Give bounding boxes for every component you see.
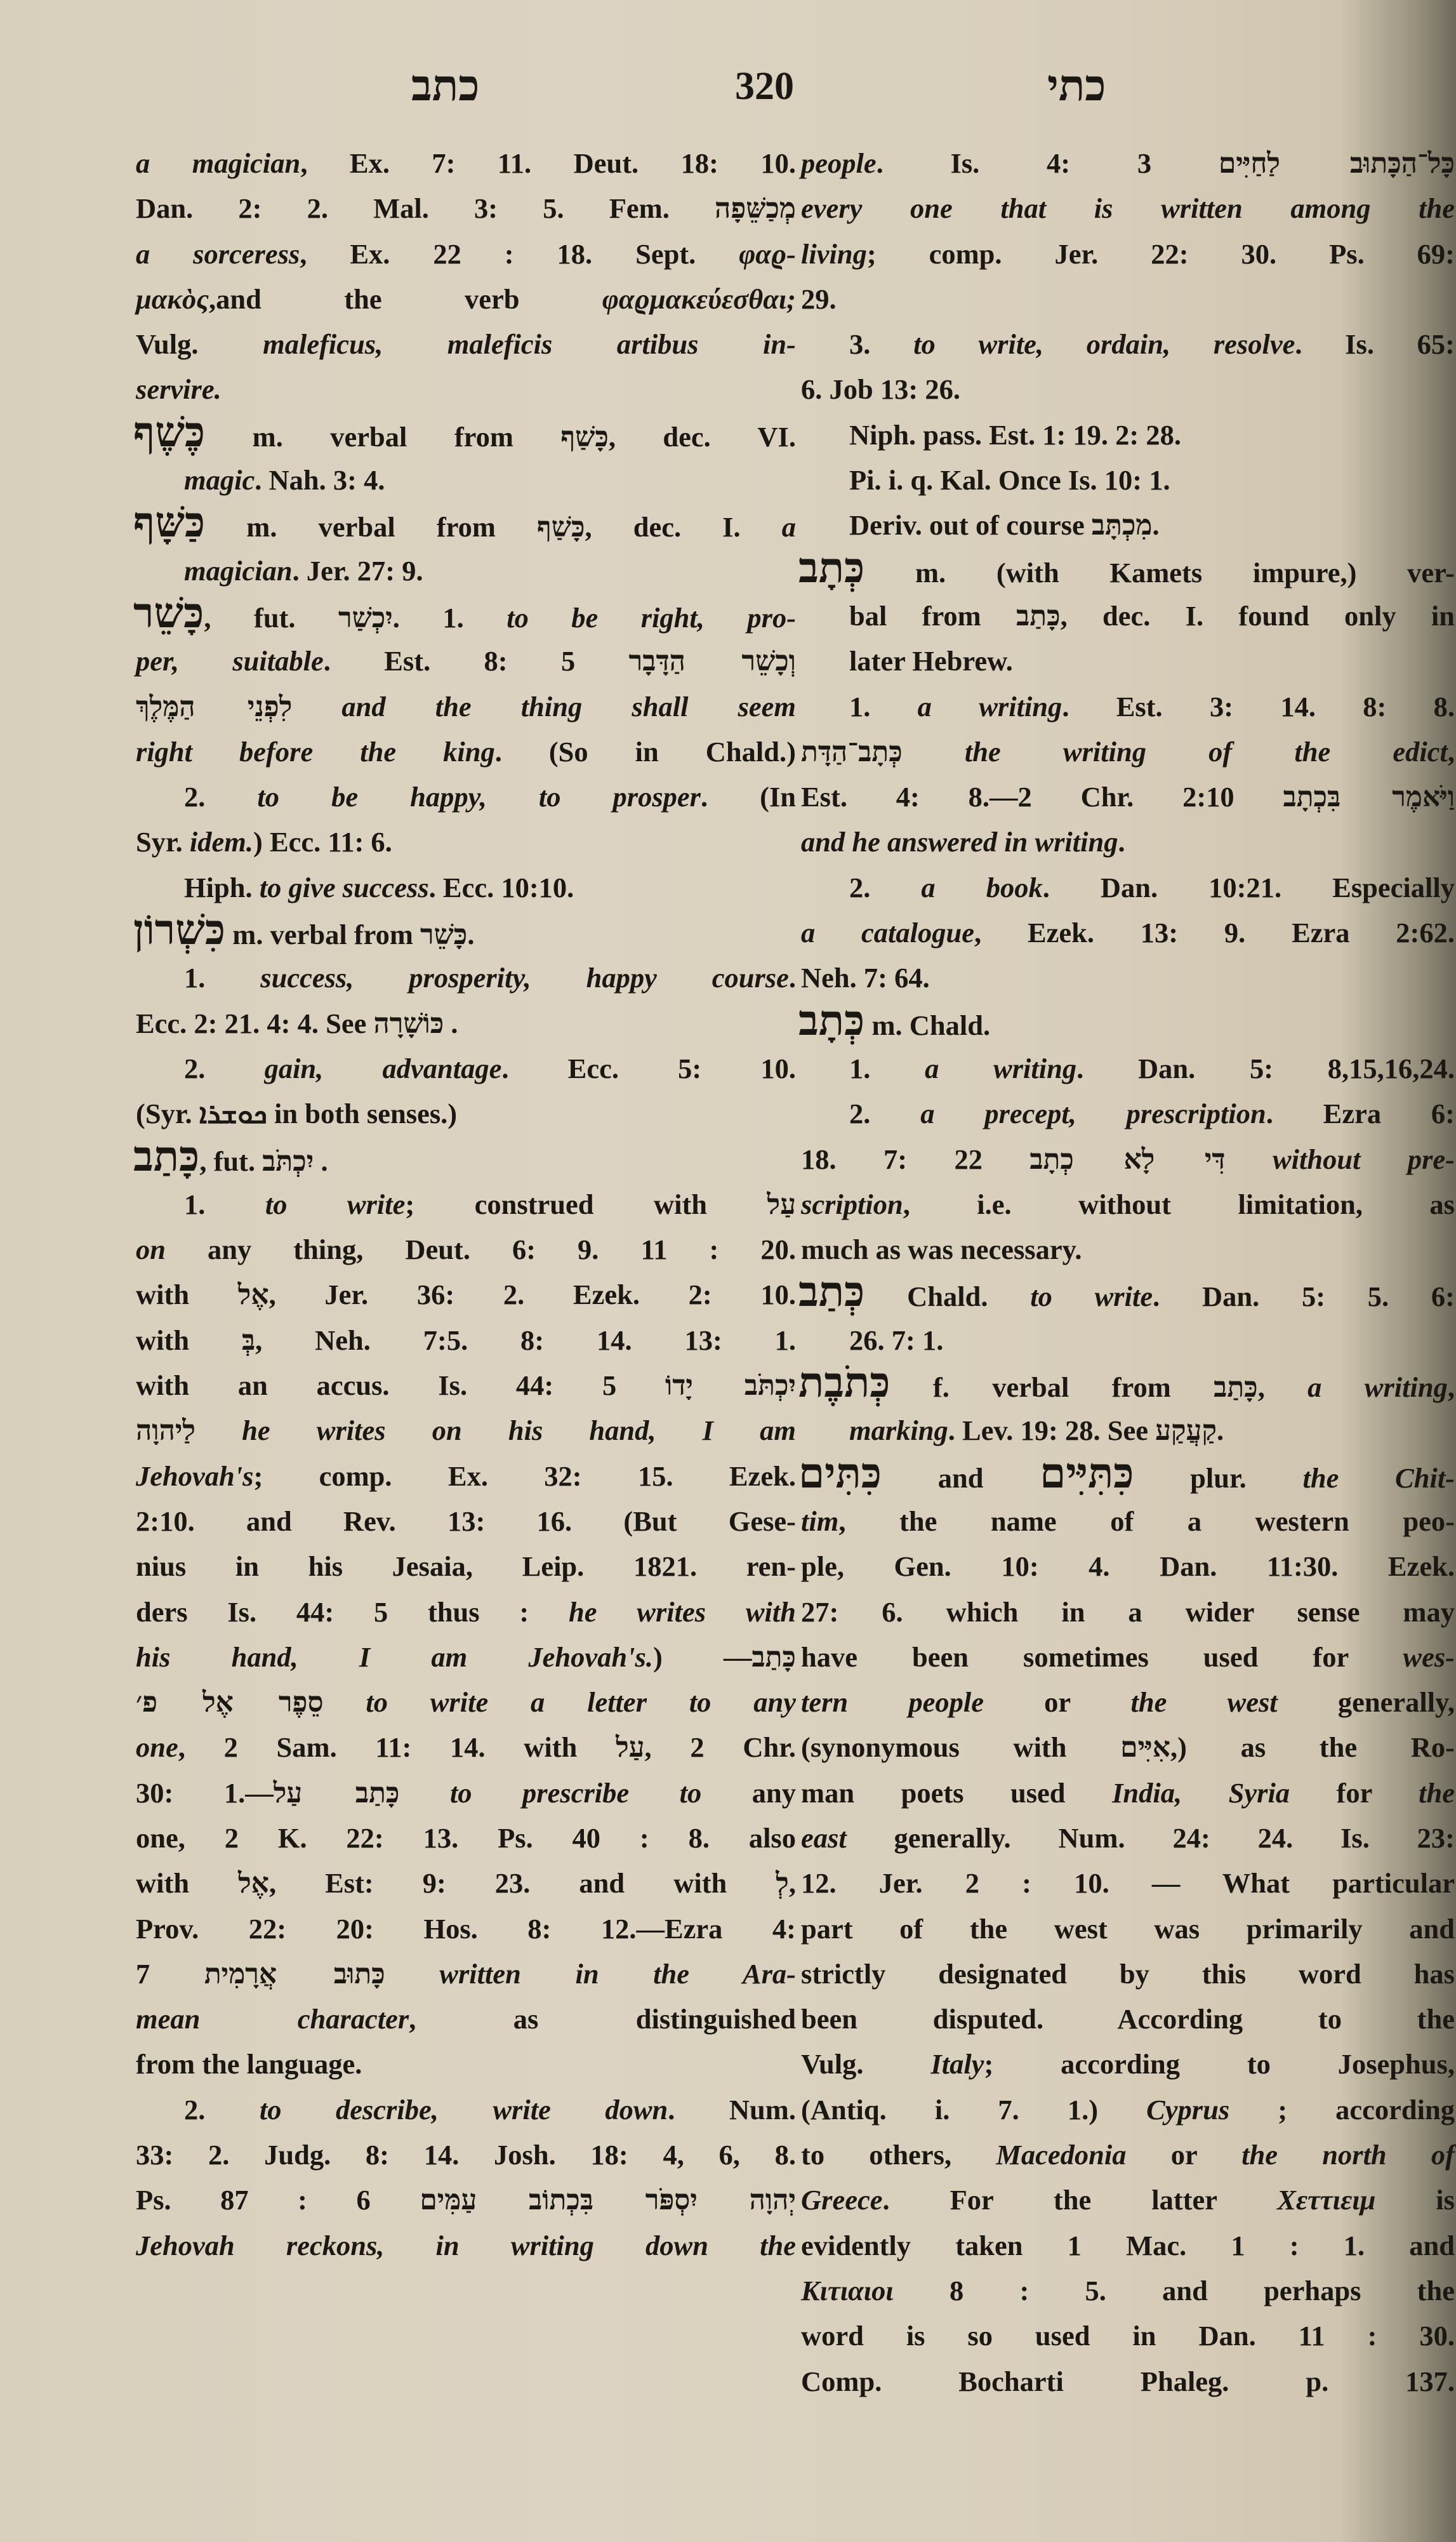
hebrew-text: כָּל־הַכָּתוּב לַחַיִּים bbox=[1219, 147, 1455, 180]
italic-gloss: a catalogue bbox=[801, 917, 974, 948]
text-line: tern people or the west generally, bbox=[801, 1680, 1455, 1725]
text-line: one, 2 K. 22: 13. Ps. 40 : 8. also bbox=[136, 1816, 796, 1861]
body-text: , dec. I. bbox=[585, 511, 781, 543]
hebrew-text: כָּשֵׁר bbox=[420, 919, 467, 951]
entry-headword: כְּתַב bbox=[798, 1267, 864, 1316]
left-column: a magician, Ex. 7: 11. Deut. 18: 10.Dan.… bbox=[136, 141, 796, 2268]
body-text: Dan. 2: 2. Mal. 3: 5. Fem. bbox=[136, 192, 715, 224]
body-text: , bbox=[1448, 736, 1455, 768]
body-text: . Is. 65: bbox=[1295, 328, 1455, 360]
text-line: magician. Jer. 27: 9. bbox=[136, 549, 796, 594]
body-text: , fut. bbox=[204, 602, 338, 634]
italic-gloss: tern people bbox=[801, 1686, 984, 1718]
text-line: ders Is. 44: 5 thus : he writes with bbox=[136, 1590, 796, 1635]
text-line: magic. Nah. 3: 4. bbox=[136, 458, 796, 503]
italic-gloss: Italy bbox=[930, 2048, 984, 2080]
italic-gloss: per, suitable bbox=[136, 645, 324, 677]
body-text: ple, Gen. 10: 4. Dan. 11:30. Ezek. bbox=[801, 1550, 1455, 1582]
body-text: Ps. 87 : 6 bbox=[136, 2184, 420, 2216]
text-line: כְּתָב־הַדָּת the writing of the edict, bbox=[801, 729, 1455, 775]
body-text: ders Is. 44: 5 thus : bbox=[136, 1596, 569, 1628]
hebrew-text: קַעֲקַע bbox=[1155, 1414, 1217, 1447]
right-column: people. Is. 4: 3 כָּל־הַכָּתוּב לַחַיִּי… bbox=[801, 141, 1455, 2404]
italic-gloss: living bbox=[801, 238, 867, 270]
text-line: living; comp. Jer. 22: 30. Ps. 69: bbox=[801, 232, 1455, 277]
dictionary-entry-line: כָּתַב, fut. יִכְתֹּב . bbox=[133, 1137, 796, 1182]
body-text: Pi. i. q. Kal. Once Is. 10: 1. bbox=[849, 464, 1170, 496]
text-line: his hand, I am Jehovah's.) —כָּתַב bbox=[136, 1635, 796, 1680]
body-text: Deriv. out of course bbox=[849, 509, 1092, 541]
italic-gloss: marking bbox=[849, 1414, 948, 1446]
body-text: 26. 7: 1. bbox=[849, 1324, 943, 1356]
page-number: 320 bbox=[735, 64, 794, 109]
body-text: 3. bbox=[849, 328, 913, 360]
body-text: is bbox=[1375, 2184, 1455, 2216]
text-line: Est. 4: 8.—2 Chr. 2:10 וַיֹּאמֶר בִּכְתָ… bbox=[801, 775, 1455, 820]
body-text: or bbox=[1126, 2139, 1241, 2171]
body-text: 2. bbox=[184, 1053, 265, 1084]
body-text: m. verbal from bbox=[205, 421, 560, 453]
text-line: on any thing, Deut. 6: 9. 11 : 20. bbox=[136, 1227, 796, 1272]
text-line: 6. Job 13: 26. bbox=[801, 367, 1455, 412]
italic-gloss: idem. bbox=[190, 826, 253, 858]
body-text: 1. bbox=[184, 962, 260, 994]
body-text: ; comp. Jer. 22: 30. Ps. 69: bbox=[867, 238, 1455, 270]
text-line: ple, Gen. 10: 4. Dan. 11:30. Ezek. bbox=[801, 1544, 1455, 1589]
body-text: , 2 Chr. bbox=[645, 1731, 796, 1763]
body-text: , fut. bbox=[199, 1145, 262, 1177]
dictionary-entry-line: כִּשְׁרוֹן m. verbal from כָּשֵׁר. bbox=[133, 910, 796, 955]
text-line: and he answered in writing. bbox=[801, 820, 1455, 865]
body-text: Vulg. bbox=[136, 328, 263, 360]
body-text: Comp. Bocharti Phaleg. p. 137. bbox=[801, 2366, 1455, 2397]
hebrew-text: כָּתַב bbox=[1016, 600, 1061, 632]
italic-gloss: to write a letter to any bbox=[366, 1686, 796, 1718]
body-text: 33: 2. Judg. 8: 14. Josh. 18: 4, 6, 8. bbox=[136, 2139, 796, 2171]
body-text bbox=[195, 1414, 242, 1446]
hebrew-text: וְכָשֵׁר הַדָּבָר bbox=[629, 645, 796, 677]
body-text: nius in his Jesaia, Leip. 1821. ren- bbox=[136, 1550, 796, 1582]
text-line: Neh. 7: 64. bbox=[801, 955, 1455, 1001]
italic-gloss: Jehovah's bbox=[136, 1460, 253, 1492]
hebrew-text: לַיהוָה bbox=[136, 1414, 195, 1447]
body-text: , bbox=[1258, 1371, 1307, 1403]
text-line: a magician, Ex. 7: 11. Deut. 18: 10. bbox=[136, 141, 796, 186]
body-text: been disputed. According to the bbox=[801, 2003, 1455, 2035]
text-line: tim, the name of a western peo- bbox=[801, 1499, 1455, 1544]
dictionary-entry-line: כְּתָב m. Chald. bbox=[798, 1001, 1455, 1046]
body-text: 2:10. and Rev. 13: 16. (But Gese- bbox=[136, 1505, 796, 1537]
body-text: , i.e. without limitation, as bbox=[903, 1188, 1455, 1220]
hebrew-text: יִכְתֹּב bbox=[262, 1145, 314, 1178]
body-text: , bbox=[789, 1867, 796, 1899]
body-text: , bbox=[1448, 1371, 1455, 1403]
text-line: mean character, as distinguished bbox=[136, 1997, 796, 2042]
italic-gloss: the north of bbox=[1241, 2139, 1455, 2171]
text-line: 3. to write, ordain, resolve. Is. 65: bbox=[801, 322, 1455, 367]
text-line: 1. to write; construed with עַל bbox=[136, 1182, 796, 1227]
body-text: 2. bbox=[184, 781, 257, 813]
right-running-headword: כתי bbox=[1047, 60, 1106, 111]
italic-gloss: India, Syria bbox=[1112, 1777, 1290, 1809]
body-text: ; according bbox=[1229, 2094, 1455, 2126]
body-text: . Dan. 10:21. Especially bbox=[1043, 872, 1455, 903]
body-text: , Ezek. 13: 9. Ezra 2:62. bbox=[974, 917, 1455, 948]
italic-gloss: to be right, pro- bbox=[506, 602, 796, 634]
body-text: generally. Num. 24: 24. Is. 23: bbox=[847, 1822, 1455, 1854]
body-text: with an accus. Is. 44: 5 bbox=[136, 1369, 665, 1401]
body-text: 18. 7: 22 bbox=[801, 1143, 1029, 1175]
italic-gloss: to write bbox=[1030, 1281, 1153, 1312]
text-line: 7 כָּתוּב אֲרָמִית written in the Ara- bbox=[136, 1952, 796, 1997]
text-line: Pi. i. q. Kal. Once Is. 10: 1. bbox=[801, 458, 1455, 503]
body-text: . bbox=[1217, 1414, 1224, 1446]
hebrew-text: כָּתוּב אֲרָמִית bbox=[204, 1958, 385, 1990]
hebrew-text: כָּתַב bbox=[1214, 1371, 1258, 1404]
hebrew-text: אִיִּים bbox=[1120, 1731, 1170, 1764]
text-line: 2:10. and Rev. 13: 16. (But Gese- bbox=[136, 1499, 796, 1544]
italic-gloss: a precept, prescription bbox=[920, 1098, 1266, 1129]
dictionary-entry-line: כְּתָב m. (with Kamets impure,) ver- bbox=[798, 549, 1455, 594]
body-text: m. verbal from bbox=[225, 919, 420, 950]
hebrew-text: כִּתִּיִּים bbox=[1040, 1448, 1134, 1498]
italic-gloss: without pre- bbox=[1273, 1143, 1455, 1175]
text-line: Dan. 2: 2. Mal. 3: 5. Fem. מְכַשֵּׁפָה bbox=[136, 186, 796, 231]
italic-gloss: the west bbox=[1131, 1686, 1278, 1718]
text-line: (Antiq. i. 7. 1.) Cyprus ; according bbox=[801, 2087, 1455, 2133]
body-text: ) — bbox=[653, 1641, 752, 1673]
text-line: Ps. 87 : 6 יְהוָה יִסְפֹּר בִּכְתוֹב עַמ… bbox=[136, 2178, 796, 2223]
text-line: 26. 7: 1. bbox=[801, 1318, 1455, 1363]
body-text: . bbox=[444, 1008, 458, 1039]
body-text: Neh. 7: 64. bbox=[801, 962, 930, 994]
body-text: 29. bbox=[801, 283, 837, 315]
italic-gloss: a sorceress bbox=[136, 238, 300, 270]
text-line: 1. success, prosperity, happy course. bbox=[136, 955, 796, 1001]
italic-gloss: scription bbox=[801, 1188, 903, 1220]
italic-gloss: tim bbox=[801, 1505, 838, 1537]
body-text: . (So in Chald.) bbox=[495, 736, 796, 768]
text-line: (synonymous with אִיִּים,) as the Ro- bbox=[801, 1725, 1455, 1770]
body-text: Syr. bbox=[136, 826, 190, 858]
italic-gloss: mean character bbox=[136, 2003, 409, 2035]
body-text: . bbox=[1153, 509, 1160, 541]
body-text: ; construed with bbox=[405, 1188, 767, 1220]
body-text: strictly designated by this word has bbox=[801, 1958, 1455, 1990]
body-text: . Est. 8: 5 bbox=[324, 645, 629, 677]
body-text: to others, bbox=[801, 2139, 996, 2171]
body-text: , Jer. 36: 2. Ezek. 2: 10. bbox=[269, 1279, 796, 1310]
body-text: ) Ecc. 11: 6. bbox=[253, 826, 392, 858]
hebrew-text: מְכַשֵּׁפָה bbox=[715, 192, 796, 225]
italic-gloss: success, prosperity, happy course bbox=[260, 962, 789, 994]
entry-headword: כֶּשֶׁף bbox=[133, 407, 205, 456]
italic-gloss: magic bbox=[184, 464, 255, 496]
text-line: strictly designated by this word has bbox=[801, 1952, 1455, 1997]
italic-gloss: a bbox=[782, 511, 796, 543]
body-text: much as was necessary. bbox=[801, 1234, 1082, 1265]
body-text: ,) as the Ro- bbox=[1170, 1731, 1455, 1763]
body-text: Vulg. bbox=[801, 2048, 930, 2080]
italic-gloss: written in the Ara- bbox=[439, 1958, 796, 1990]
hebrew-text: לִפְנֵי הַמֶּלֶךְ bbox=[136, 691, 292, 723]
body-text: 6. Job 13: 26. bbox=[801, 373, 960, 405]
body-text: m. (with Kamets impure,) ver- bbox=[864, 557, 1455, 589]
italic-gloss: to give success bbox=[260, 872, 429, 903]
italic-gloss: the writing of the edict bbox=[965, 736, 1448, 768]
entry-headword: כְּתָב bbox=[798, 995, 864, 1045]
body-text: m. verbal from bbox=[205, 511, 537, 543]
body-text: any thing, Deut. 6: 9. 11 : 20. bbox=[166, 1234, 796, 1265]
italic-gloss: people bbox=[801, 147, 877, 179]
body-text: bal from bbox=[849, 600, 1016, 632]
text-line: סֵפֶר אֶל פ׳ to write a letter to any bbox=[136, 1680, 796, 1725]
italic-gloss: gain, advantage bbox=[265, 1053, 502, 1084]
hebrew-text: סֵפֶר אֶל פ׳ bbox=[136, 1686, 324, 1719]
text-line: Vulg. maleficus, maleficis artibus in- bbox=[136, 322, 796, 367]
body-text: , dec. VI. bbox=[609, 421, 796, 453]
dictionary-entry-line: כֶּשֶׁף m. verbal from כָּשַׁף, dec. VI. bbox=[133, 413, 796, 458]
text-line: 2. gain, advantage. Ecc. 5: 10. bbox=[136, 1046, 796, 1091]
body-text: ; comp. Ex. 32: 15. Ezek. bbox=[253, 1460, 796, 1492]
body-text: 27: 6. which in a wider sense may bbox=[801, 1596, 1455, 1628]
body-text: . bbox=[314, 1145, 328, 1177]
body-text: generally, bbox=[1278, 1686, 1455, 1718]
body-text: evidently taken 1 Mac. 1 : 1. and bbox=[801, 2230, 1455, 2261]
body-text: 2. bbox=[184, 2094, 260, 2126]
body-text: with bbox=[136, 1279, 238, 1310]
body-text: , dec. I. found only in bbox=[1061, 600, 1455, 632]
hebrew-text: כּוֹשָׁרָה bbox=[373, 1008, 444, 1040]
italic-gloss: a writing bbox=[918, 691, 1062, 722]
body-text: for bbox=[1290, 1777, 1419, 1809]
body-text: any bbox=[701, 1777, 796, 1809]
dictionary-entry-line: כִּתִּים and כִּתִּיִּים plur. the Chit- bbox=[798, 1454, 1455, 1499]
body-text bbox=[385, 1958, 440, 1990]
body-text: 1. bbox=[184, 1188, 265, 1220]
text-line: Jehovah reckons, in writing down the bbox=[136, 2223, 796, 2268]
text-line: 30: 1.—כָּתַב עַל to prescribe to any bbox=[136, 1771, 796, 1816]
hebrew-text: אֶל bbox=[238, 1867, 269, 1900]
hebrew-text: בְּ bbox=[242, 1324, 255, 1357]
left-running-headword: כתב bbox=[411, 60, 479, 111]
text-line: servire. bbox=[136, 367, 796, 412]
hebrew-text: יִכְתֹּב יָדוֹ bbox=[665, 1369, 796, 1402]
italic-gloss: east bbox=[801, 1822, 847, 1854]
italic-gloss: wes- bbox=[1403, 1641, 1455, 1673]
text-line: Hiph. to give success. Ecc. 10:10. bbox=[136, 865, 796, 910]
italic-gloss: magician bbox=[184, 555, 293, 587]
italic-gloss: Jehovah reckons, in writing down the bbox=[136, 2230, 796, 2261]
body-text: word is so used in Dan. 11 : 30. bbox=[801, 2320, 1455, 2352]
body-text: , as distinguished bbox=[409, 2003, 796, 2035]
body-text: . Lev. 19: 28. See bbox=[948, 1414, 1155, 1446]
body-text: . Est. 3: 14. 8: 8. bbox=[1062, 691, 1455, 722]
text-line: 1. a writing. Dan. 5: 8,15,16,24. bbox=[801, 1046, 1455, 1091]
italic-gloss: Κιτιαιοι bbox=[801, 2275, 894, 2306]
body-text: 2. bbox=[849, 1098, 920, 1129]
text-line: 33: 2. Judg. 8: 14. Josh. 18: 4, 6, 8. bbox=[136, 2133, 796, 2178]
running-header: כתב 320 כתי bbox=[0, 60, 1456, 117]
body-text: 2. bbox=[849, 872, 921, 903]
text-line: 2. a book. Dan. 10:21. Especially bbox=[801, 865, 1455, 910]
text-line: 2. a precept, prescription. Ezra 6: bbox=[801, 1091, 1455, 1136]
text-line: 27: 6. which in a wider sense may bbox=[801, 1590, 1455, 1635]
text-line: per, suitable. Est. 8: 5 וְכָשֵׁר הַדָּב… bbox=[136, 639, 796, 684]
entry-headword: כְּתָב bbox=[798, 543, 864, 592]
body-text: (synonymous with bbox=[801, 1731, 1120, 1763]
body-text bbox=[903, 736, 965, 768]
hebrew-text: לְ bbox=[776, 1867, 789, 1900]
hebrew-text: כָּשַׁף bbox=[537, 511, 585, 543]
text-line: one, 2 Sam. 11: 14. with עַל, 2 Chr. bbox=[136, 1725, 796, 1770]
text-line: Syr. idem.) Ecc. 11: 6. bbox=[136, 820, 796, 865]
body-text: in both senses.) bbox=[267, 1098, 457, 1129]
body-text: . Num. bbox=[668, 2094, 796, 2126]
text-line: to others, Macedonia or the north of bbox=[801, 2133, 1455, 2178]
body-text bbox=[1226, 1143, 1273, 1175]
italic-gloss: a writing bbox=[1307, 1371, 1448, 1403]
entry-headword: כַּשָּׁף bbox=[133, 497, 205, 547]
text-line: (Syr. ܟܘܫܪܐ in both senses.) bbox=[136, 1091, 796, 1136]
body-text: or bbox=[984, 1686, 1131, 1718]
body-text: m. Chald. bbox=[864, 1009, 990, 1041]
body-text: , Ex. 7: 11. Deut. 18: 10. bbox=[300, 147, 796, 179]
body-text bbox=[399, 1777, 450, 1809]
text-line: 2. to be happy, to prosper. (In bbox=[136, 775, 796, 820]
body-text: . Jer. 27: 9. bbox=[293, 555, 423, 587]
body-text bbox=[324, 1686, 366, 1718]
italic-gloss: a writing bbox=[925, 1053, 1076, 1084]
italic-gloss: he writes with bbox=[569, 1596, 796, 1628]
text-line: from the language. bbox=[136, 2042, 796, 2087]
entry-headword: כִּתִּים bbox=[798, 1448, 882, 1498]
entry-headword: כִּשְׁרוֹן bbox=[133, 905, 225, 954]
italic-gloss: one bbox=[136, 1731, 178, 1763]
text-line: man poets used India, Syria for the bbox=[801, 1771, 1455, 1816]
text-line: Vulg. Italy; according to Josephus, bbox=[801, 2042, 1455, 2087]
text-line: with אֶל, Est: 9: 23. and with לְ, bbox=[136, 1861, 796, 1906]
text-line: with an accus. Is. 44: 5 יִכְתֹּב יָדוֹ bbox=[136, 1363, 796, 1408]
hebrew-text: עַל bbox=[616, 1731, 644, 1764]
italic-gloss: his hand, I am Jehovah's. bbox=[136, 1641, 653, 1673]
body-text: Ecc. 2: 21. 4: 4. See bbox=[136, 1008, 373, 1039]
dictionary-entry-line: כָּשֵׁר, fut. יִכְשַׁר. 1. to be right, … bbox=[133, 594, 796, 639]
text-line: evidently taken 1 Mac. 1 : 1. and bbox=[801, 2223, 1455, 2268]
text-line: a catalogue, Ezek. 13: 9. Ezra 2:62. bbox=[801, 910, 1455, 955]
hebrew-text: ܟܘܫܪܐ bbox=[199, 1098, 267, 1130]
body-text: later Hebrew. bbox=[849, 645, 1013, 677]
text-line: Κιτιαιοι 8 : 5. and perhaps the bbox=[801, 2268, 1455, 2313]
body-text: , Ex. 22 : 18. Sept. bbox=[300, 238, 739, 270]
body-text: man poets used bbox=[801, 1777, 1112, 1809]
hebrew-text: עַל bbox=[767, 1188, 796, 1221]
body-text: . Ezra 6: bbox=[1266, 1098, 1455, 1129]
body-text: Prov. 22: 20: Hos. 8: 12.—Ezra 4: bbox=[136, 1913, 796, 1945]
body-text bbox=[292, 691, 341, 722]
body-text: Niph. pass. Est. 1: 19. 2: 28. bbox=[849, 419, 1181, 451]
text-line: Greece. For the latter Χεττιειμ is bbox=[801, 2178, 1455, 2223]
italic-gloss: φαϱμακεύεσθαι; bbox=[602, 283, 796, 315]
body-text: 12. Jer. 2 : 10. — What particular bbox=[801, 1867, 1455, 1899]
entry-headword: כְּתֹבֶת bbox=[798, 1357, 890, 1407]
body-text: 7 bbox=[136, 1958, 204, 1990]
body-text: . bbox=[789, 962, 796, 994]
text-line: right before the king. (So in Chald.) bbox=[136, 729, 796, 775]
text-line: word is so used in Dan. 11 : 30. bbox=[801, 2313, 1455, 2359]
hebrew-text: דִּי לָא כְתָב bbox=[1029, 1143, 1225, 1176]
body-text: 30: 1.— bbox=[136, 1777, 274, 1809]
hebrew-text: יְהוָה יִסְפֹּר בִּכְתוֹב עַמִּים bbox=[420, 2184, 796, 2216]
italic-gloss: he writes on his hand, I am bbox=[242, 1414, 796, 1446]
italic-gloss: the Chit- bbox=[1302, 1462, 1455, 1494]
body-text: plur. bbox=[1134, 1462, 1302, 1494]
hebrew-text: כְּתָב־הַדָּת bbox=[801, 736, 903, 768]
text-line: Deriv. out of course מִכְתָּב. bbox=[801, 503, 1455, 548]
body-text: . Dan. 5: 5. 6: bbox=[1153, 1281, 1455, 1312]
dictionary-entry-line: כַּשָּׁף m. verbal from כָּשַׁף, dec. I.… bbox=[133, 503, 796, 548]
italic-gloss: Macedonia bbox=[996, 2139, 1126, 2171]
text-line: לַיהוָה he writes on his hand, I am bbox=[136, 1408, 796, 1453]
body-text: (Antiq. i. 7. 1.) bbox=[801, 2094, 1146, 2126]
text-line: have been sometimes used for wes- bbox=[801, 1635, 1455, 1680]
entry-headword: כָּתַב bbox=[133, 1131, 199, 1181]
body-text: Chald. bbox=[864, 1281, 1030, 1312]
text-line: bal from כָּתַב, dec. I. found only in bbox=[801, 594, 1455, 639]
italic-gloss: right before the king bbox=[136, 736, 495, 768]
hebrew-text: מִכְתָּב bbox=[1092, 509, 1153, 542]
italic-gloss: φαϱ- bbox=[739, 238, 796, 270]
body-text: . bbox=[1118, 826, 1125, 858]
text-line: every one that is written among the bbox=[801, 186, 1455, 231]
text-line: 18. 7: 22 דִּי לָא כְתָב without pre- bbox=[801, 1137, 1455, 1182]
hebrew-text: יִכְשַׁר bbox=[338, 602, 393, 634]
body-text: and bbox=[882, 1462, 1040, 1494]
body-text: (Syr. bbox=[136, 1098, 199, 1129]
italic-gloss: and the thing shall seem bbox=[341, 691, 796, 722]
text-line: with בְּ, Neh. 7:5. 8: 14. 13: 1. bbox=[136, 1318, 796, 1363]
dictionary-entry-line: כְּתֹבֶת f. verbal from כָּתַב, a writin… bbox=[798, 1363, 1455, 1408]
body-text: with bbox=[136, 1867, 238, 1899]
body-text: . Ecc. 10:10. bbox=[429, 872, 574, 903]
body-text: ,and the verb bbox=[209, 283, 602, 315]
body-text: Hiph. bbox=[184, 872, 260, 903]
text-line: 12. Jer. 2 : 10. — What particular bbox=[801, 1861, 1455, 1906]
body-text: . Nah. 3: 4. bbox=[255, 464, 385, 496]
body-text: , Neh. 7:5. 8: 14. 13: 1. bbox=[255, 1324, 796, 1356]
italic-gloss: to write, ordain, resolve bbox=[913, 328, 1295, 360]
text-line: 2. to describe, write down. Num. bbox=[136, 2087, 796, 2133]
italic-gloss: to write bbox=[265, 1188, 406, 1220]
body-text: , the name of a western peo- bbox=[838, 1505, 1455, 1537]
italic-gloss: Χεττιειμ bbox=[1277, 2184, 1375, 2216]
hebrew-text: וַיֹּאמֶר בִּכְתָב bbox=[1283, 781, 1455, 813]
body-text: . Dan. 5: 8,15,16,24. bbox=[1076, 1053, 1455, 1084]
text-line: a sorceress, Ex. 22 : 18. Sept. φαϱ- bbox=[136, 232, 796, 277]
text-line: 29. bbox=[801, 277, 1455, 322]
body-text: ; according to Josephus, bbox=[984, 2048, 1455, 2080]
text-line: Jehovah's; comp. Ex. 32: 15. Ezek. bbox=[136, 1454, 796, 1499]
italic-gloss: every one that is written among the bbox=[801, 192, 1455, 224]
text-line: 1. a writing. Est. 3: 14. 8: 8. bbox=[801, 684, 1455, 729]
body-text: Est. 4: 8.—2 Chr. 2:10 bbox=[801, 781, 1283, 813]
text-line: later Hebrew. bbox=[801, 639, 1455, 684]
italic-gloss: servire. bbox=[136, 373, 222, 405]
text-line: east generally. Num. 24: 24. Is. 23: bbox=[801, 1816, 1455, 1861]
body-text: have been sometimes used for bbox=[801, 1641, 1403, 1673]
body-text: 1. bbox=[849, 691, 918, 722]
dictionary-entry-line: כְּתַב Chald. to write. Dan. 5: 5. 6: bbox=[798, 1272, 1455, 1317]
